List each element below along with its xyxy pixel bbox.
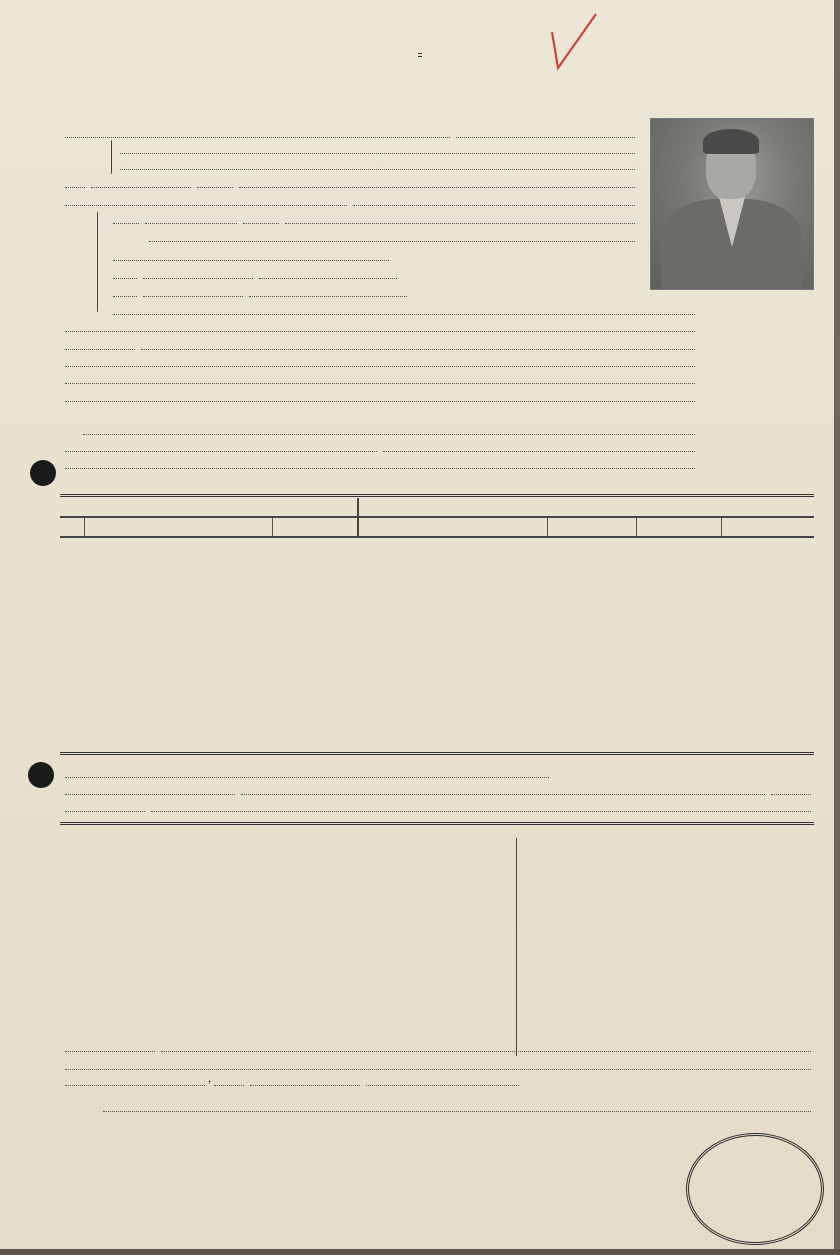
viuvo-mes-input[interactable] [143, 263, 253, 279]
div-mes-input[interactable] [143, 281, 243, 297]
field-cedula [62, 334, 698, 350]
conjuge-input[interactable] [149, 226, 635, 242]
viuvo-ano-input[interactable] [259, 263, 397, 279]
alcunha-input[interactable] [456, 122, 635, 138]
field-igreja [110, 245, 392, 261]
ano-input[interactable] [366, 1070, 519, 1086]
residencia-input[interactable] [65, 316, 695, 332]
assinatura-input[interactable] [103, 1096, 811, 1112]
trabalhar-input[interactable] [65, 796, 145, 812]
tripulante-desde-input[interactable] [83, 419, 695, 435]
casado-local-input[interactable] [285, 208, 635, 224]
nasc-mes-input[interactable] [91, 172, 191, 188]
nasc-ano-input[interactable] [197, 172, 233, 188]
amancebado-input[interactable] [113, 299, 695, 315]
local-input[interactable] [65, 1070, 205, 1086]
portrait-photo [650, 118, 814, 290]
assistencia-input[interactable] [65, 1036, 155, 1052]
casado-ano-input[interactable] [243, 208, 279, 224]
col-header [637, 517, 722, 537]
col-header [722, 517, 815, 537]
natural-input[interactable] [239, 172, 635, 188]
cedula-input[interactable] [65, 334, 135, 350]
page-edge [0, 1249, 840, 1255]
pai-input[interactable] [120, 138, 635, 154]
field-data-preenchimento: , [62, 1070, 522, 1086]
col-header [358, 517, 548, 537]
col-header [548, 517, 637, 537]
col-header [273, 517, 359, 537]
field-amancebado [110, 299, 698, 315]
field-data-cedula [62, 351, 698, 367]
div-dia-input[interactable] [113, 281, 137, 297]
casado-dia-input[interactable] [113, 208, 139, 224]
maiores-header [358, 498, 814, 517]
divider [60, 822, 814, 825]
field-tripulante-desde [80, 419, 698, 435]
casado-mes-input[interactable] [145, 208, 237, 224]
muda-input[interactable] [65, 762, 549, 778]
div-ano-input[interactable] [249, 281, 407, 297]
dia-input[interactable] [214, 1070, 244, 1086]
field-viuvo [110, 263, 400, 279]
field-assistencia [62, 1036, 814, 1052]
field-conjuge [146, 226, 638, 242]
field-nome [62, 122, 638, 138]
localidade-input[interactable] [65, 779, 235, 795]
deixou-input[interactable] [65, 436, 377, 452]
field-localidade-data [62, 1054, 814, 1070]
data-cedula-input[interactable] [65, 351, 695, 367]
registration-number [738, 330, 768, 420]
col-header [60, 517, 85, 537]
pescador-desde-input[interactable] [65, 386, 695, 402]
ocupa-input[interactable] [151, 796, 811, 812]
field-muda [62, 762, 552, 778]
field-localidade [62, 779, 814, 795]
divider [60, 752, 814, 755]
red-checkmark-icon [550, 10, 600, 70]
numero-input[interactable] [771, 779, 811, 795]
brace [97, 212, 98, 312]
field-militar [62, 453, 698, 469]
field-residencia [62, 316, 698, 332]
document-title [0, 38, 840, 63]
field-nascimento [62, 172, 638, 188]
punch-hole [28, 762, 54, 788]
field-freguesia [62, 190, 638, 206]
dependents-table [60, 498, 814, 538]
mes-input[interactable] [250, 1070, 360, 1086]
nasc-dia-input[interactable] [65, 172, 85, 188]
field-deixou [62, 436, 698, 452]
field-divorciado [110, 281, 410, 297]
page-edge [834, 0, 840, 1255]
field-pai [117, 138, 638, 154]
brace [111, 140, 112, 174]
field-pescador-desde [62, 386, 698, 402]
menores-header [60, 498, 358, 517]
igreja-input[interactable] [113, 245, 389, 261]
viuvo-dia-input[interactable] [113, 263, 137, 279]
bancos-input[interactable] [65, 368, 695, 384]
field-mae [117, 154, 638, 170]
field-trabalhar [62, 796, 814, 812]
form-page: , [0, 0, 840, 1255]
col-header [85, 517, 273, 537]
field-bancos [62, 368, 698, 384]
capitania-input[interactable] [141, 334, 695, 350]
rua-input[interactable] [241, 779, 765, 795]
nome-input[interactable] [65, 122, 450, 138]
field-casado [110, 208, 638, 224]
freguesia-input[interactable] [65, 190, 347, 206]
concelho-input[interactable] [353, 190, 635, 206]
localidade-data-input[interactable] [65, 1054, 811, 1070]
column-divider [516, 838, 517, 1056]
militar-input[interactable] [65, 453, 695, 469]
mae-input[interactable] [120, 154, 635, 170]
assistencia-familia-input[interactable] [161, 1036, 811, 1052]
divider [60, 494, 814, 497]
field-assinatura [100, 1096, 814, 1112]
stamp-area [686, 1133, 824, 1245]
motivo-input[interactable] [383, 436, 695, 452]
punch-hole [30, 460, 56, 486]
